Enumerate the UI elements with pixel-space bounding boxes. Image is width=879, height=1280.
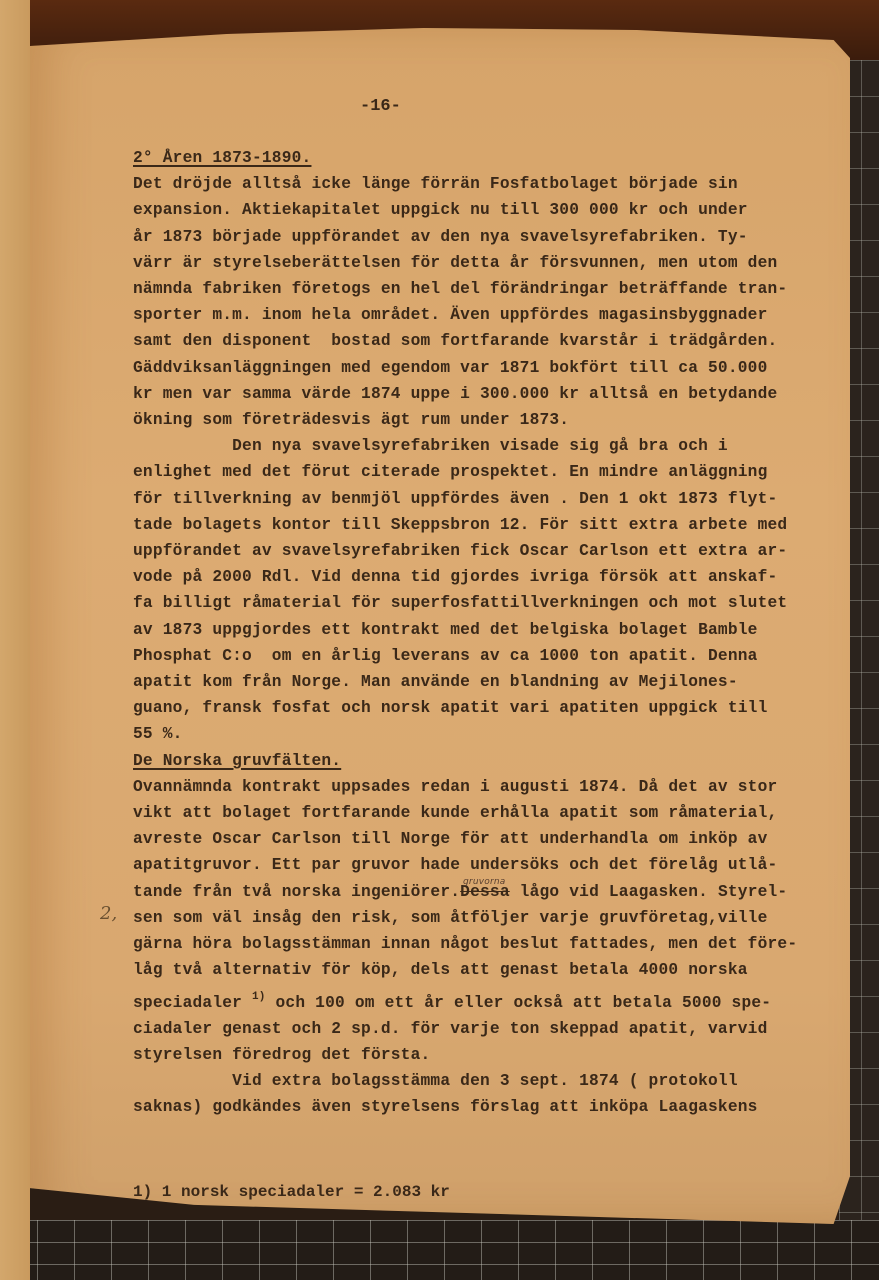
text-line: låg två alternativ för köp, dels att gen… xyxy=(133,957,843,983)
text-line: Det dröjde alltså icke länge förrän Fosf… xyxy=(133,171,843,197)
text-line: expansion. Aktiekapitalet uppgick nu til… xyxy=(133,197,843,223)
book-spine-edge xyxy=(0,0,30,1280)
paragraph-3-end: ciadaler genast och 2 sp.d. för varje to… xyxy=(133,1016,843,1068)
text-line: saknas) godkändes även styrelsens försla… xyxy=(133,1094,843,1120)
corrected-line: tande från två norska ingeniörer.Dessa l… xyxy=(133,879,843,905)
text-line: sporter m.m. inom hela området. Även upp… xyxy=(133,302,843,328)
paragraph-2: Den nya svavelsyrefabriken visade sig gå… xyxy=(133,433,843,747)
text-line: samt den disponent bostad som fortfarand… xyxy=(133,328,843,354)
paragraph-3-continued: sen som väl insåg den risk, som åtföljer… xyxy=(133,905,843,984)
text-line: Gäddviksanläggningen med egendom var 187… xyxy=(133,355,843,381)
text-line: tade bolagets kontor till Skeppsbron 12.… xyxy=(133,512,843,538)
text-line: apatit kom från Norge. Man använde en bl… xyxy=(133,669,843,695)
text-line: Vid extra bolagsstämma den 3 sept. 1874 … xyxy=(133,1068,843,1094)
text-line: av 1873 uppgjordes ett kontrakt med det … xyxy=(133,617,843,643)
cutting-mat-bottom xyxy=(0,1220,879,1280)
paragraph-4: Vid extra bolagsstämma den 3 sept. 1874 … xyxy=(133,1068,843,1120)
text-line: Phosphat C:o om en årlig leverans av ca … xyxy=(133,643,843,669)
page-number: -16- xyxy=(360,97,401,116)
text-line: sen som väl insåg den risk, som åtföljer… xyxy=(133,905,843,931)
text-line: ciadaler genast och 2 sp.d. för varje to… xyxy=(133,1016,843,1042)
text-line: nämnda fabriken företogs en hel del förä… xyxy=(133,276,843,302)
text-line: avreste Oscar Carlson till Norge för att… xyxy=(133,826,843,852)
subheading: De Norska gruvfälten. xyxy=(133,748,341,774)
text-line: för tillverkning av benmjöl uppfördes äv… xyxy=(133,486,843,512)
page-body: 2° Åren 1873-1890. Det dröjde alltså ick… xyxy=(133,145,843,1121)
text-line: Ovannämnda kontrakt uppsades redan i aug… xyxy=(133,774,843,800)
footnote-reference: 1) xyxy=(252,991,266,1003)
paragraph-3: Ovannämnda kontrakt uppsades redan i aug… xyxy=(133,774,843,879)
text-line: vikt att bolaget fortfarande kunde erhål… xyxy=(133,800,843,826)
text-line: enlighet med det förut citerade prospekt… xyxy=(133,459,843,485)
margin-pencil-mark: 2, xyxy=(100,903,117,924)
text-line: fa billigt råmaterial för superfosfattil… xyxy=(133,590,843,616)
handwritten-insert: gruvorna xyxy=(463,869,505,895)
text-line: styrelsen föredrog det första. xyxy=(133,1042,843,1068)
footnote-ref-line: speciadaler 1) och 100 om ett år eller o… xyxy=(133,984,843,1016)
text-line: 55 %. xyxy=(133,721,843,747)
text-line: uppförandet av svavelsyrefabriken fick O… xyxy=(133,538,843,564)
footnote: 1) 1 norsk speciadaler = 2.083 kr xyxy=(133,1183,450,1201)
text-line: vode på 2000 Rdl. Vid denna tid gjordes … xyxy=(133,564,843,590)
text-line: ökning som företrädesvis ägt rum under 1… xyxy=(133,407,843,433)
text-line: Den nya svavelsyrefabriken visade sig gå… xyxy=(133,433,843,459)
text-line: värr är styrelseberättelsen för detta år… xyxy=(133,250,843,276)
paragraph-1: Det dröjde alltså icke länge förrän Fosf… xyxy=(133,171,843,433)
text-line: kr men var samma värde 1874 uppe i 300.0… xyxy=(133,381,843,407)
section-heading: 2° Åren 1873-1890. xyxy=(133,145,311,171)
text-line: år 1873 började uppförandet av den nya s… xyxy=(133,224,843,250)
text-line: gärna höra bolagsstämman innan något bes… xyxy=(133,931,843,957)
text-line: guano, fransk fosfat och norsk apatit va… xyxy=(133,695,843,721)
